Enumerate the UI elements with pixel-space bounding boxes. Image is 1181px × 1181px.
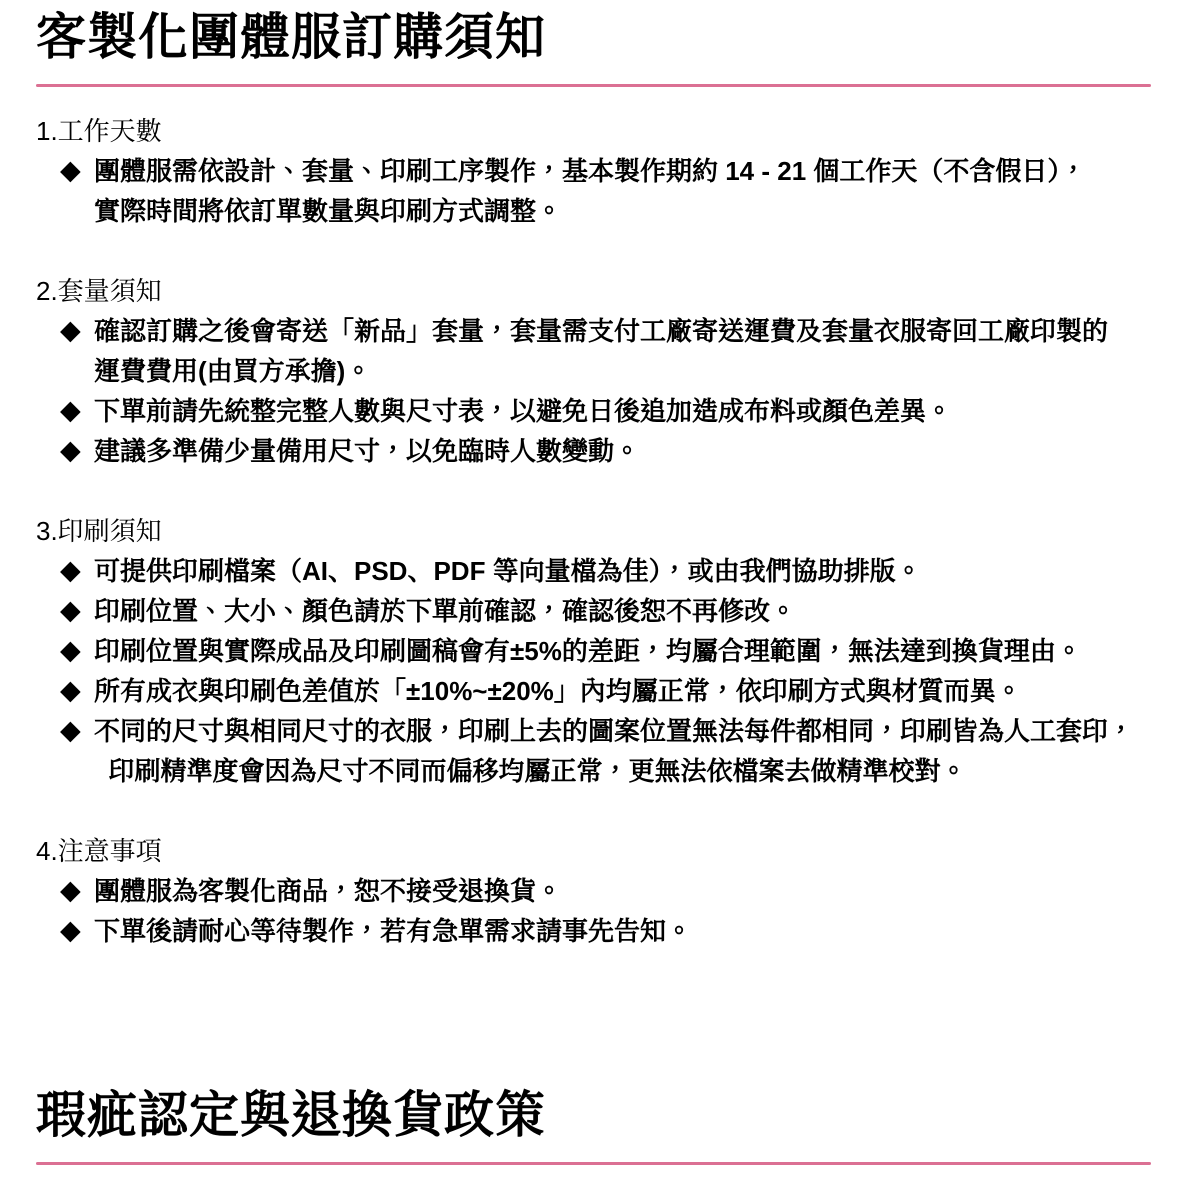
bullet-text: 團體服為客製化商品，恕不接受退換貨。 — [94, 871, 562, 911]
secondary-page-title: 瑕疵認定與退換貨政策 — [36, 1086, 1151, 1144]
list-item: ◆ 團體服為客製化商品，恕不接受退換貨。 — [36, 871, 1151, 911]
title-divider — [36, 84, 1151, 87]
list-item: ◆ 團體服需依設計、套量、印刷工序製作，基本製作期約 14 - 21 個工作天（… — [36, 151, 1151, 231]
diamond-bullet-icon: ◆ — [60, 151, 88, 191]
page-title: 客製化團體服訂購須知 — [36, 8, 1151, 66]
section-heading: 2.套量須知 — [36, 271, 1151, 311]
list-item: ◆ 不同的尺寸與相同尺寸的衣服，印刷上去的圖案位置無法每件都相同，印刷皆為人工套… — [36, 711, 1151, 791]
diamond-bullet-icon: ◆ — [60, 911, 88, 951]
list-item: ◆ 下單前請先統整完整人數與尺寸表，以避免日後追加造成布料或顏色差異。 — [36, 391, 1151, 431]
bullet-text: 可提供印刷檔案（AI、PSD、PDF 等向量檔為佳），或由我們協助排版。 — [94, 551, 922, 591]
diamond-bullet-icon: ◆ — [60, 591, 88, 631]
bullet-text: 所有成衣與印刷色差值於「±10%~±20%」內均屬正常，依印刷方式與材質而異。 — [94, 671, 1022, 711]
bullet-text: 團體服需依設計、套量、印刷工序製作，基本製作期約 14 - 21 個工作天（不含… — [94, 151, 1086, 231]
bullet-text: 確認訂購之後會寄送「新品」套量，套量需支付工廠寄送運費及套量衣服寄回工廠印製的 … — [94, 311, 1108, 391]
diamond-bullet-icon: ◆ — [60, 431, 88, 471]
notice-page: 客製化團體服訂購須知 1.工作天數 ◆ 團體服需依設計、套量、印刷工序製作，基本… — [0, 0, 1181, 1181]
section-notes: 4.注意事項 ◆ 團體服為客製化商品，恕不接受退換貨。 ◆ 下單後請耐心等待製作… — [36, 831, 1151, 951]
list-item: ◆ 印刷位置與實際成品及印刷圖稿會有±5%的差距，均屬合理範圍，無法達到換貨理由… — [36, 631, 1151, 671]
section-heading: 1.工作天數 — [36, 111, 1151, 151]
section-sizing: 2.套量須知 ◆ 確認訂購之後會寄送「新品」套量，套量需支付工廠寄送運費及套量衣… — [36, 271, 1151, 471]
bullet-text: 建議多準備少量備用尺寸，以免臨時人數變動。 — [94, 431, 640, 471]
diamond-bullet-icon: ◆ — [60, 671, 88, 711]
list-item: ◆ 建議多準備少量備用尺寸，以免臨時人數變動。 — [36, 431, 1151, 471]
diamond-bullet-icon: ◆ — [60, 631, 88, 671]
diamond-bullet-icon: ◆ — [60, 391, 88, 431]
bullet-text: 下單後請耐心等待製作，若有急單需求請事先告知。 — [94, 911, 692, 951]
diamond-bullet-icon: ◆ — [60, 711, 88, 751]
diamond-bullet-icon: ◆ — [60, 311, 88, 351]
list-item: ◆ 印刷位置、大小、顏色請於下單前確認，確認後恕不再修改。 — [36, 591, 1151, 631]
diamond-bullet-icon: ◆ — [60, 871, 88, 911]
bullet-text: 印刷位置、大小、顏色請於下單前確認，確認後恕不再修改。 — [94, 591, 796, 631]
bullet-text: 不同的尺寸與相同尺寸的衣服，印刷上去的圖案位置無法每件都相同，印刷皆為人工套印，… — [94, 711, 1134, 791]
bullet-text: 印刷位置與實際成品及印刷圖稿會有±5%的差距，均屬合理範圍，無法達到換貨理由。 — [94, 631, 1082, 671]
list-item: ◆ 可提供印刷檔案（AI、PSD、PDF 等向量檔為佳），或由我們協助排版。 — [36, 551, 1151, 591]
section-heading: 4.注意事項 — [36, 831, 1151, 871]
bottom-divider — [36, 1162, 1151, 1165]
bullet-text: 下單前請先統整完整人數與尺寸表，以避免日後追加造成布料或顏色差異。 — [94, 391, 952, 431]
list-item: ◆ 確認訂購之後會寄送「新品」套量，套量需支付工廠寄送運費及套量衣服寄回工廠印製… — [36, 311, 1151, 391]
list-item: ◆ 所有成衣與印刷色差值於「±10%~±20%」內均屬正常，依印刷方式與材質而異… — [36, 671, 1151, 711]
section-printing: 3.印刷須知 ◆ 可提供印刷檔案（AI、PSD、PDF 等向量檔為佳），或由我們… — [36, 511, 1151, 791]
section-heading: 3.印刷須知 — [36, 511, 1151, 551]
section-work-days: 1.工作天數 ◆ 團體服需依設計、套量、印刷工序製作，基本製作期約 14 - 2… — [36, 111, 1151, 231]
notice-sections: 1.工作天數 ◆ 團體服需依設計、套量、印刷工序製作，基本製作期約 14 - 2… — [36, 111, 1151, 951]
diamond-bullet-icon: ◆ — [60, 551, 88, 591]
list-item: ◆ 下單後請耐心等待製作，若有急單需求請事先告知。 — [36, 911, 1151, 951]
